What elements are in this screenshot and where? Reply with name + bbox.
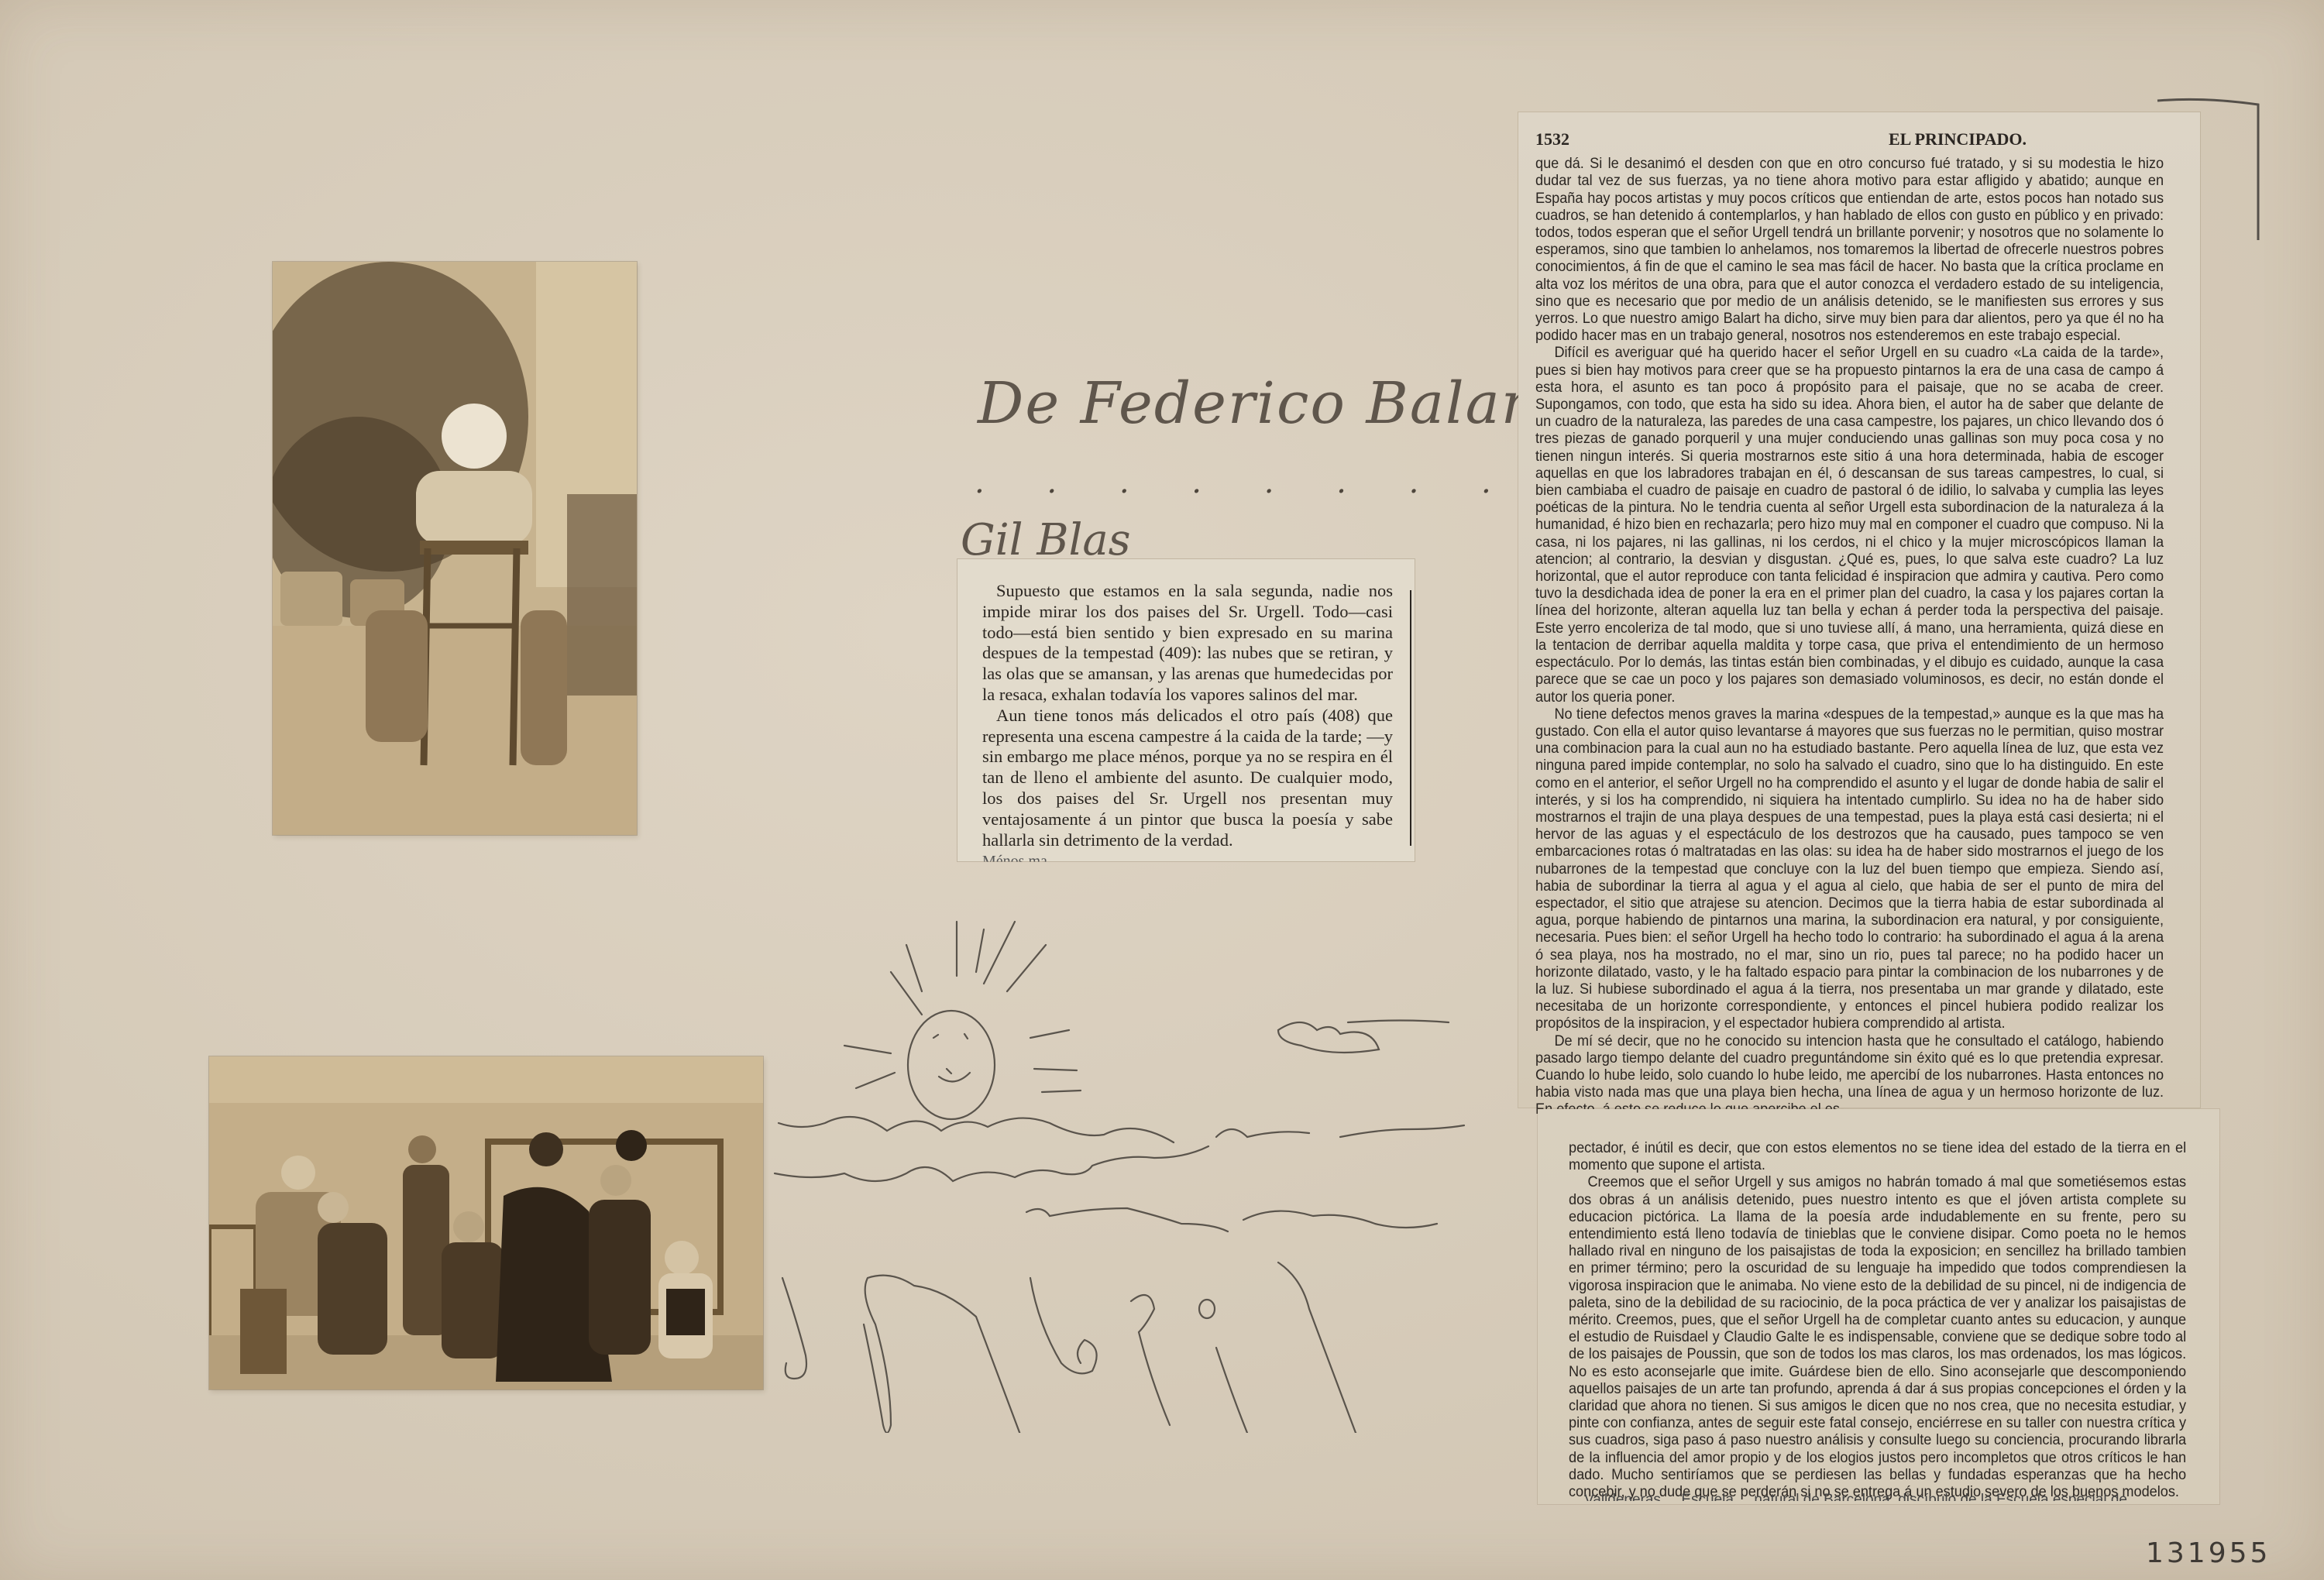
portrait-photo	[273, 262, 637, 835]
wave-line	[779, 1117, 1174, 1142]
handwritten-signature: Gil Blas	[961, 515, 1131, 565]
continuation-cut-line: Valldeperas ... Escuela ... natural de B…	[1584, 1492, 2127, 1509]
newspaper-header: 1532 EL PRINCIPADO.	[1535, 131, 2166, 148]
newspaper-masthead: EL PRINCIPADO.	[1889, 131, 2027, 148]
wave-line	[1026, 1208, 1437, 1231]
newspaper-article-continuation: pectador, é inútil es decir, que con est…	[1538, 1109, 2219, 1504]
article-paragraph: Creemos que el señor Urgell y sus amigos…	[1569, 1174, 2186, 1501]
sun-icon	[844, 922, 1081, 1119]
article-paragraph: No tiene defectos menos graves la marina…	[1535, 706, 2164, 1033]
newspaper-clipping-middle: Supuesto que estamos en la sala segunda,…	[957, 559, 1415, 861]
clipping-paragraph: Supuesto que estamos en la sala segunda,…	[982, 581, 1393, 706]
catalog-number: 131955	[2146, 1537, 2271, 1569]
wave-line	[775, 1146, 1208, 1181]
newspaper-page-number: 1532	[1535, 131, 1569, 148]
article-paragraph: pectador, é inútil es decir, que con est…	[1569, 1140, 2186, 1174]
cloud-icon	[1278, 1021, 1449, 1053]
wave-line	[1216, 1125, 1464, 1137]
pencil-corner-mark	[2154, 77, 2324, 248]
article-paragraph: De mí sé decir, que no he conocido su in…	[1535, 1033, 2164, 1119]
clipping-paragraph: Aun tiene tonos más delicados el otro pa…	[982, 706, 1393, 851]
article-paragraph: que dá. Si le desanimó el desden con que…	[1535, 156, 2164, 345]
portrait-photo-image	[273, 262, 637, 835]
newspaper-article-el-principado: 1532 EL PRINCIPADO. que dá. Si le desani…	[1518, 112, 2200, 1108]
clipping-cut-line: Ménos ma...	[982, 851, 1059, 872]
article-paragraph: Difícil es averiguar qué ha querido hace…	[1535, 345, 2164, 706]
sun-over-sea-sketch	[767, 891, 1480, 1433]
group-photo	[209, 1056, 763, 1389]
group-photo-image	[209, 1056, 763, 1389]
abril-lettering	[782, 1262, 1387, 1433]
